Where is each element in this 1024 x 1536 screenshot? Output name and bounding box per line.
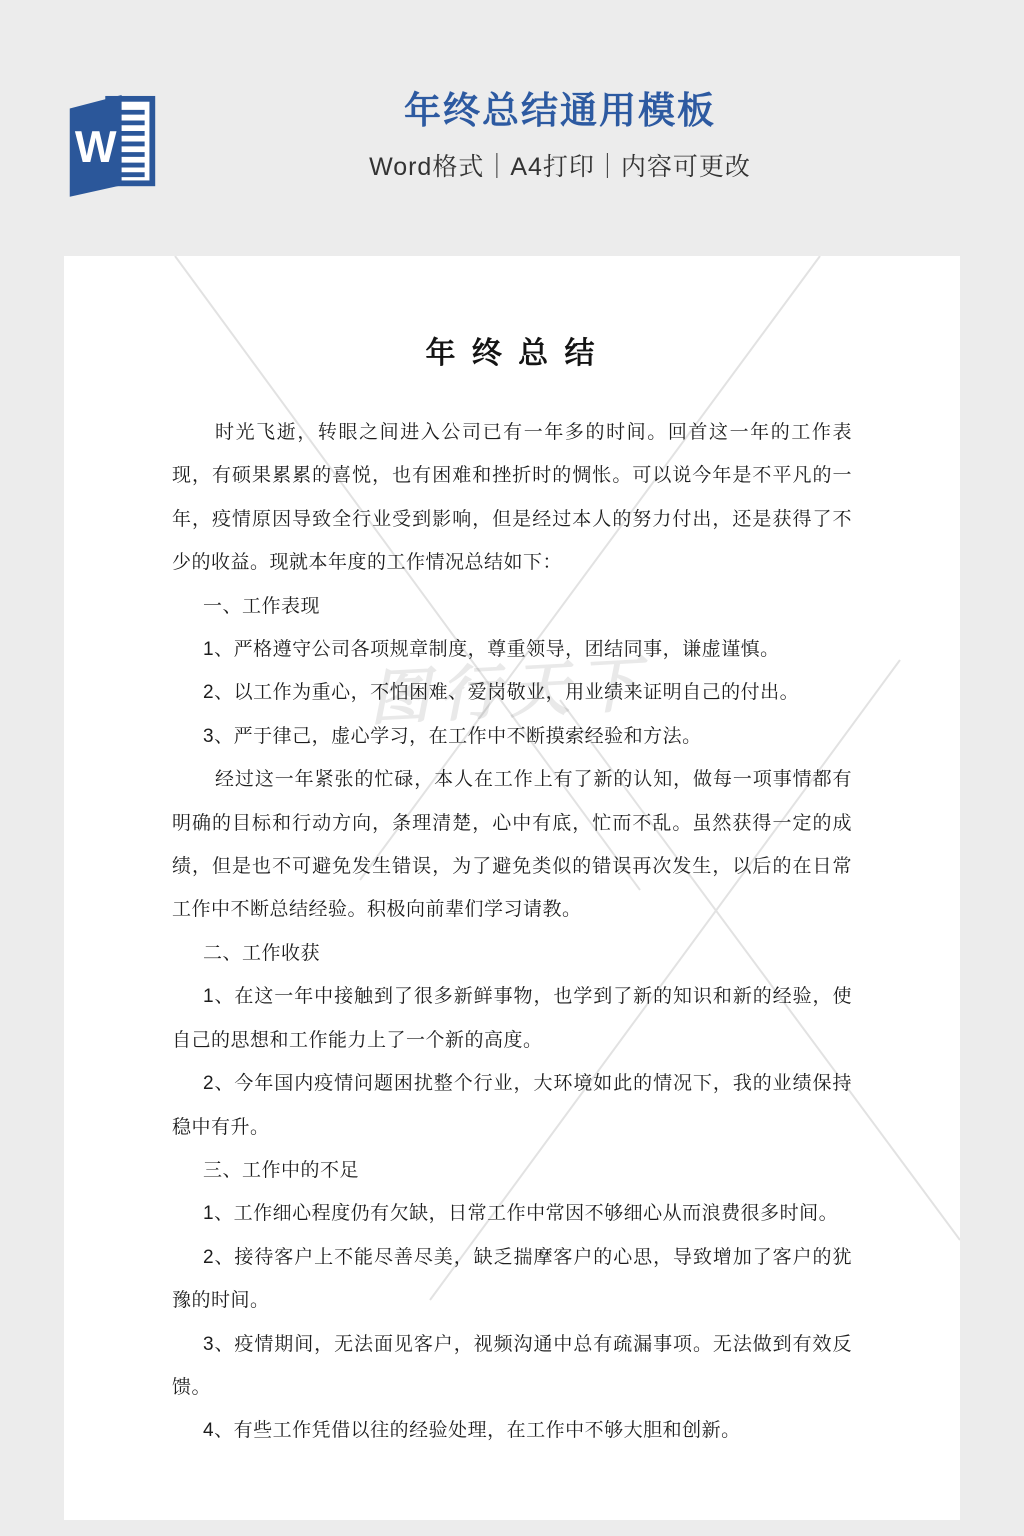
doc-heading: 一、工作表现	[172, 585, 852, 628]
doc-item: 1、在这一年中接触到了很多新鲜事物，也学到了新的知识和新的经验，使自己的思想和工…	[172, 975, 852, 1062]
doc-item: 3、疫情期间，无法面见客户，视频沟通中总有疏漏事项。无法做到有效反馈。	[172, 1323, 852, 1410]
template-title: 年终总结通用模板	[160, 90, 960, 133]
template-subtitle: Word格式｜A4打印｜内容可更改	[160, 147, 960, 183]
word-icon: W	[64, 88, 160, 198]
header-text-block: 年终总结通用模板 Word格式｜A4打印｜内容可更改	[160, 88, 1024, 183]
doc-item: 2、以工作为重心，不怕困难、爱岗敬业，用业绩来证明自己的付出。	[172, 671, 852, 714]
doc-heading: 三、工作中的不足	[172, 1149, 852, 1192]
doc-item: 2、接待客户上不能尽善尽美，缺乏揣摩客户的心思，导致增加了客户的犹豫的时间。	[172, 1236, 852, 1323]
doc-item: 2、今年国内疫情问题困扰整个行业，大环境如此的情况下，我的业绩保持稳中有升。	[172, 1062, 852, 1149]
document-body: 时光飞逝，转眼之间进入公司已有一年多的时间。回首这一年的工作表现，有硕果累累的喜…	[172, 411, 852, 1453]
doc-heading: 二、工作收获	[172, 932, 852, 975]
document-page: 图行天下 年 终 总 结 时光飞逝，转眼之间进入公司已有一年多的时间。回首这一年…	[64, 256, 960, 1520]
svg-text:W: W	[75, 123, 117, 172]
doc-item: 4、有些工作凭借以往的经验处理，在工作中不够大胆和创新。	[172, 1409, 852, 1452]
doc-paragraph: 经过这一年紧张的忙碌，本人在工作上有了新的认知，做每一项事情都有明确的目标和行动…	[172, 758, 852, 932]
doc-paragraph: 时光飞逝，转眼之间进入公司已有一年多的时间。回首这一年的工作表现，有硕果累累的喜…	[172, 411, 852, 585]
doc-item: 1、严格遵守公司各项规章制度，尊重领导，团结同事，谦虚谨慎。	[172, 628, 852, 671]
template-header: W 年终总结通用模板 Word格式｜A4打印｜内容可更改	[64, 88, 1024, 208]
doc-item: 1、工作细心程度仍有欠缺，日常工作中常因不够细心从而浪费很多时间。	[172, 1192, 852, 1235]
document-title: 年 终 总 结	[64, 334, 960, 373]
doc-item: 3、严于律己，虚心学习，在工作中不断摸索经验和方法。	[172, 715, 852, 758]
